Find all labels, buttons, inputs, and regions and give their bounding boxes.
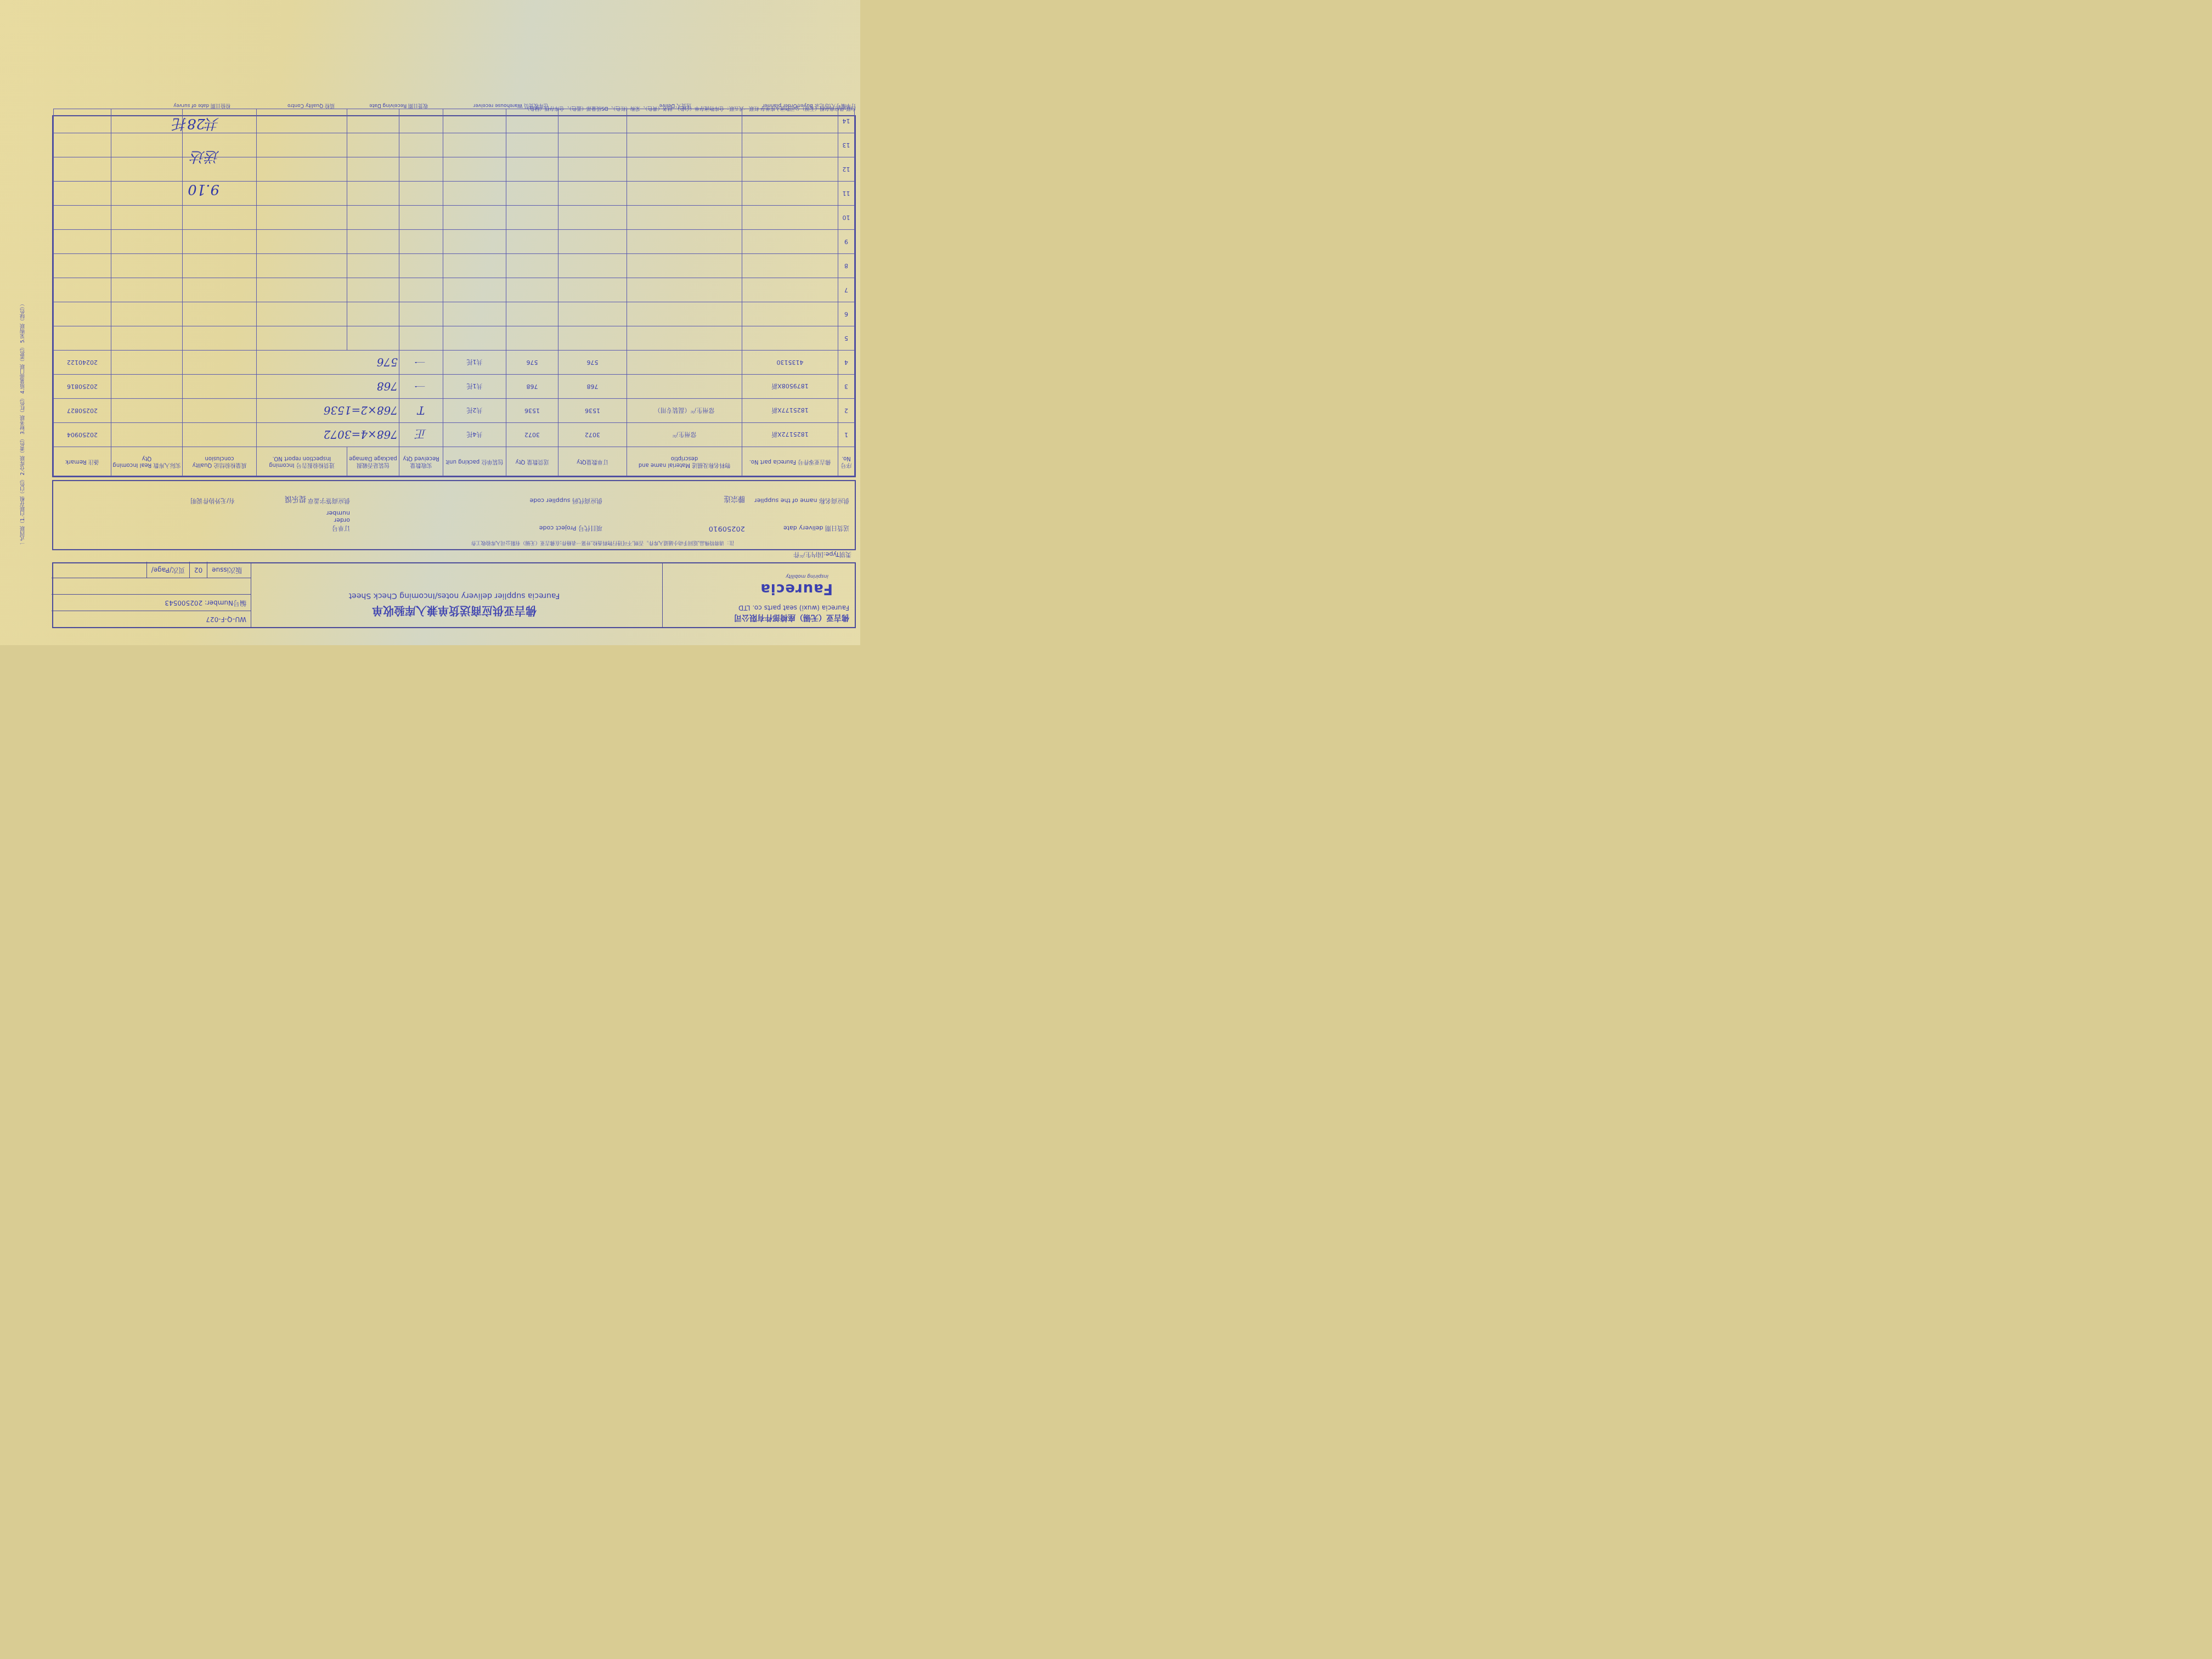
col-real-incoming: 实际入库数 Real Incoming Qty: [111, 447, 183, 476]
col-remark: 备注 Remark: [54, 447, 111, 476]
row-no: 8: [838, 254, 855, 278]
material-desc: [627, 351, 742, 375]
col-quality-conclusion: 质量检验结论 Quality conclusion: [183, 447, 257, 476]
col-received-qty: 实收数量 Received Qty: [399, 447, 443, 476]
table-row: 3 1879508X新 768 768 共1托 一 768 20250816: [54, 375, 855, 399]
handwritten-qty: 768×4=3072: [257, 423, 399, 447]
signature-buyer: 订单编号人员/记录 Buyer/Order planner: [763, 103, 856, 110]
part-no: 1879508X新: [742, 375, 838, 399]
received-mark: 正: [399, 423, 443, 447]
table-row-empty: 7: [54, 278, 855, 302]
table-header-row: 序号 No. 佛吉亚零件号 Faurecia part No. 物料名称及描述 …: [54, 447, 855, 476]
col-no: 序号 No.: [838, 447, 855, 476]
issue-value: 02: [189, 562, 207, 578]
delivery-date-label: 送货日期 delivery date: [783, 524, 849, 533]
form-title: 佛吉亚供应商送货单兼入库验收单 Faurecia supplier delive…: [251, 591, 657, 619]
delivery-qty: 3072: [506, 423, 558, 447]
supplier-signature-label: 供应商签字盖章: [308, 496, 350, 505]
signature-survey-date: 检验日期 date of survey: [173, 103, 230, 110]
received-mark: T: [399, 399, 443, 423]
packing-unit: 共4托: [443, 423, 506, 447]
row-no: 6: [838, 302, 855, 326]
part-no: 1825177X新: [742, 399, 838, 423]
remark: 20240122: [54, 351, 111, 375]
real-incoming: [111, 375, 183, 399]
material-desc: 常州生产（混装专用）: [627, 399, 742, 423]
signature-deliverer: 送货人 Delive: [659, 103, 691, 110]
row-no: 14: [838, 109, 855, 133]
handwritten-delivered: 送达: [173, 140, 219, 173]
packing-unit: 共1托: [443, 351, 506, 375]
delivery-info: 注：请将特殊品,返回手动小通道入库件。否则,不可进行物料查检,并第一表格件;在佛…: [52, 480, 856, 550]
supplier-signature-value: 提乐馍: [285, 495, 306, 505]
material-desc: [627, 375, 742, 399]
table-row-empty: 5: [54, 326, 855, 351]
handwritten-qty: 768: [257, 375, 399, 399]
side-copy-note: 一式四联（1.白联存根（白色） 2.仓库联（黄色） 3.财务联（红色） 4.质量…: [19, 195, 26, 546]
packing-unit: 共1托: [443, 375, 506, 399]
quality-conclusion: [183, 399, 257, 423]
remark: 20250816: [54, 375, 111, 399]
row-no: 7: [838, 278, 855, 302]
real-incoming: [111, 423, 183, 447]
issue-label: 版次issue: [207, 562, 246, 578]
col-inspection-report: 进货检验报告号 Incoming Inspection report NO.: [257, 447, 347, 476]
blank-row: [52, 578, 251, 594]
form-header: 佛吉亚（无锡）座椅部件有限公司 Faurecia (wuxi) seat par…: [52, 562, 856, 628]
company-name-en: Faurecia (wuxi) seat parts co. LTD: [738, 604, 849, 612]
faurecia-logo: Faurecia: [760, 580, 833, 597]
supplier-code-label: 供应商代码 supplier code: [529, 496, 602, 505]
row-no: 10: [838, 206, 855, 230]
table-row: 1 1825172X新 常州生产 3072 3072 共4托 正 768×4=3…: [54, 423, 855, 447]
revision-row: 版次issue 02 页次/Page/: [52, 562, 251, 578]
company-block: 佛吉亚（无锡）座椅部件有限公司 Faurecia (wuxi) seat par…: [662, 562, 855, 627]
order-qty: 768: [558, 375, 627, 399]
handwritten-remark: 9.10 送达 共28托: [173, 107, 219, 206]
delivery-qty: 576: [506, 351, 558, 375]
row-no: 5: [838, 326, 855, 351]
order-qty: 1536: [558, 399, 627, 423]
real-incoming: [111, 351, 183, 375]
row-no: 3: [838, 375, 855, 399]
col-package-damage: 包装是否破损 package Damage: [347, 447, 399, 476]
col-packing-unit: 包装单位 packing unit: [443, 447, 506, 476]
material-desc: 常州生产: [627, 423, 742, 447]
title-cn: 佛吉亚供应商送货单兼入库验收单: [251, 603, 657, 619]
brand-tagline: inspiring mobility: [786, 573, 828, 579]
remark: 20250904: [54, 423, 111, 447]
handwritten-qty: 576: [257, 351, 399, 375]
quality-conclusion: [183, 375, 257, 399]
supplier-name-value: 滕宗连: [724, 495, 745, 505]
form-number: 编号Number: 2025005​43: [52, 594, 251, 611]
quality-conclusion: [183, 423, 257, 447]
signature-warehouse: 仓库收货员 Warehouse receiver: [473, 103, 549, 110]
table-row-empty: 10: [54, 206, 855, 230]
signature-receiving-date: 收货日期 Receiving Date: [369, 103, 428, 110]
delivery-note-form: 佛吉亚（无锡）座椅部件有限公司 Faurecia (wuxi) seat par…: [52, 112, 856, 628]
received-mark: 一: [399, 351, 443, 375]
part-no: 4135130: [742, 351, 838, 375]
received-mark: 一: [399, 375, 443, 399]
subcontract-note: 有/无外协件说明: [190, 496, 235, 505]
company-name-cn: 佛吉亚（无锡）座椅部件有限公司: [734, 613, 849, 624]
instruction-note: 注：请将特殊品,返回手动小通道入库件。否则,不可进行物料查检,并第一表格件;在佛…: [471, 540, 734, 547]
row-no: 4: [838, 351, 855, 375]
row-no: 9: [838, 230, 855, 254]
delivery-qty: 768: [506, 375, 558, 399]
handwritten-qty: 768×2=1536: [257, 399, 399, 423]
col-delivery-qty: 送货数量 Qty: [506, 447, 558, 476]
project-code-label: 项目代号 Project code: [539, 524, 602, 533]
paper-background: 佛吉亚（无锡）座椅部件有限公司 Faurecia (wuxi) seat par…: [0, 0, 860, 645]
row-no: 13: [838, 133, 855, 157]
supplier-name-label: 供应商名称 name of the supplier: [754, 496, 849, 505]
page-label: 页次/Page/: [146, 562, 189, 578]
col-order-qty: 订单数量Qty: [558, 447, 627, 476]
quality-conclusion: [183, 351, 257, 375]
signature-quality: 质检 Quality Contro: [287, 103, 335, 110]
real-incoming: [111, 399, 183, 423]
order-qty: 3072: [558, 423, 627, 447]
remark: 20250827: [54, 399, 111, 423]
row-no: 12: [838, 157, 855, 182]
routing-note: 白联:供应商存根（无锡）公司物流入库单存 红联一式五联：仓库物流存单（白色）、财…: [52, 105, 856, 112]
col-material: 物料名称及描述 Material name and descriptio: [627, 447, 742, 476]
table-row-empty: 9: [54, 230, 855, 254]
delivery-qty: 1536: [506, 399, 558, 423]
order-qty: 576: [558, 351, 627, 375]
delivery-date-value: 20250910: [709, 524, 745, 533]
order-number-label: 订单号 order number: [317, 510, 350, 533]
form-code: WU-Q-F-027: [52, 611, 251, 627]
row-no: 1: [838, 423, 855, 447]
row-no: 11: [838, 182, 855, 206]
form-meta: WU-Q-F-027 编号Number: 2025005​43 版次issue …: [52, 562, 251, 627]
table-row-empty: 8: [54, 254, 855, 278]
title-en: Faurecia supplier delivery notes/Incomin…: [251, 591, 657, 600]
table-row: 4 4135130 576 576 共1托 一 576 20240122: [54, 351, 855, 375]
col-part-no: 佛吉亚零件号 Faurecia part No.: [742, 447, 838, 476]
packing-unit: 共2托: [443, 399, 506, 423]
row-no: 2: [838, 399, 855, 423]
part-no: 1825172X新: [742, 423, 838, 447]
handwritten-date: 9.10: [173, 173, 219, 206]
table-row: 2 1825177X新 常州生产（混装专用） 1536 1536 共2托 T 7…: [54, 399, 855, 423]
table-row-empty: 6: [54, 302, 855, 326]
